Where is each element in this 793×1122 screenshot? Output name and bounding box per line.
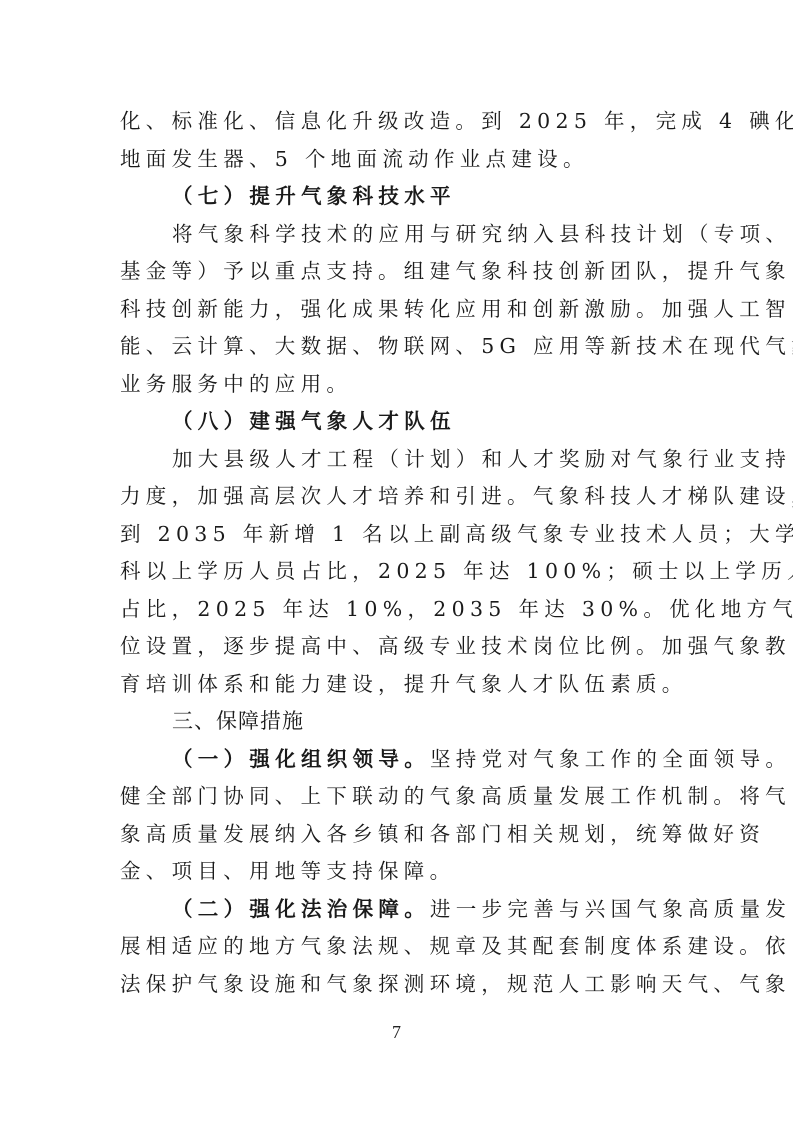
subheading-2: （二）强化法治保障。: [172, 897, 430, 921]
paragraph-line: （二）强化法治保障。进一步完善与兴国气象高质量发: [120, 891, 676, 929]
paragraph-line: 展相适应的地方气象法规、规章及其配套制度体系建设。依: [120, 928, 676, 966]
paragraph-line: 业务服务中的应用。: [120, 366, 676, 404]
paragraph-line: 育培训体系和能力建设，提升气象人才队伍素质。: [120, 666, 676, 704]
paragraph-line: 能、云计算、大数据、物联网、5G 应用等新技术在现代气象: [120, 328, 676, 366]
paragraph-line: 地面发生器、5 个地面流动作业点建设。: [120, 141, 676, 179]
section-heading-8: （八）建强气象人才队伍: [120, 403, 676, 441]
paragraph-line: （一）强化组织领导。坚持党对气象工作的全面领导。: [120, 741, 676, 779]
paragraph-line: 到 2035 年新增 1 名以上副高级气象专业技术人员；大学本: [120, 516, 676, 554]
paragraph-line: 科技创新能力，强化成果转化应用和创新激励。加强人工智: [120, 291, 676, 329]
paragraph-line: 健全部门协同、上下联动的气象高质量发展工作机制。将气: [120, 778, 676, 816]
paragraph-line: 金、项目、用地等支持保障。: [120, 853, 676, 891]
document-body: 化、标准化、信息化升级改造。到 2025 年，完成 4 碘化银 地面发生器、5 …: [120, 103, 676, 1003]
paragraph-line: 位设置，逐步提高中、高级专业技术岗位比例。加强气象教: [120, 628, 676, 666]
paragraph-line: 加大县级人才工程（计划）和人才奖励对气象行业支持: [120, 441, 676, 479]
paragraph-line: 科以上学历人员占比，2025 年达 100%；硕士以上学历人员: [120, 553, 676, 591]
section-heading-7: （七）提升气象科技水平: [120, 178, 676, 216]
paragraph-line: 力度，加强高层次人才培养和引进。气象科技人才梯队建设，: [120, 478, 676, 516]
paragraph-line: 占比，2025 年达 10%，2035 年达 30%。优化地方气象机构岗: [120, 591, 676, 629]
paragraph-line: 象高质量发展纳入各乡镇和各部门相关规划，统筹做好资: [120, 816, 676, 854]
paragraph-line: 基金等）予以重点支持。组建气象科技创新团队，提升气象: [120, 253, 676, 291]
paragraph-line: 将气象科学技术的应用与研究纳入县科技计划（专项、: [120, 216, 676, 254]
chapter-heading-3: 三、保障措施: [120, 703, 676, 741]
page-number: 7: [0, 1022, 793, 1043]
paragraph-line: 法保护气象设施和气象探测环境，规范人工影响天气、气象: [120, 966, 676, 1004]
paragraph-text: 坚持党对气象工作的全面领导。: [430, 747, 791, 771]
paragraph-text: 进一步完善与兴国气象高质量发: [430, 897, 791, 921]
paragraph-line: 化、标准化、信息化升级改造。到 2025 年，完成 4 碘化银: [120, 103, 676, 141]
subheading-1: （一）强化组织领导。: [172, 747, 430, 771]
